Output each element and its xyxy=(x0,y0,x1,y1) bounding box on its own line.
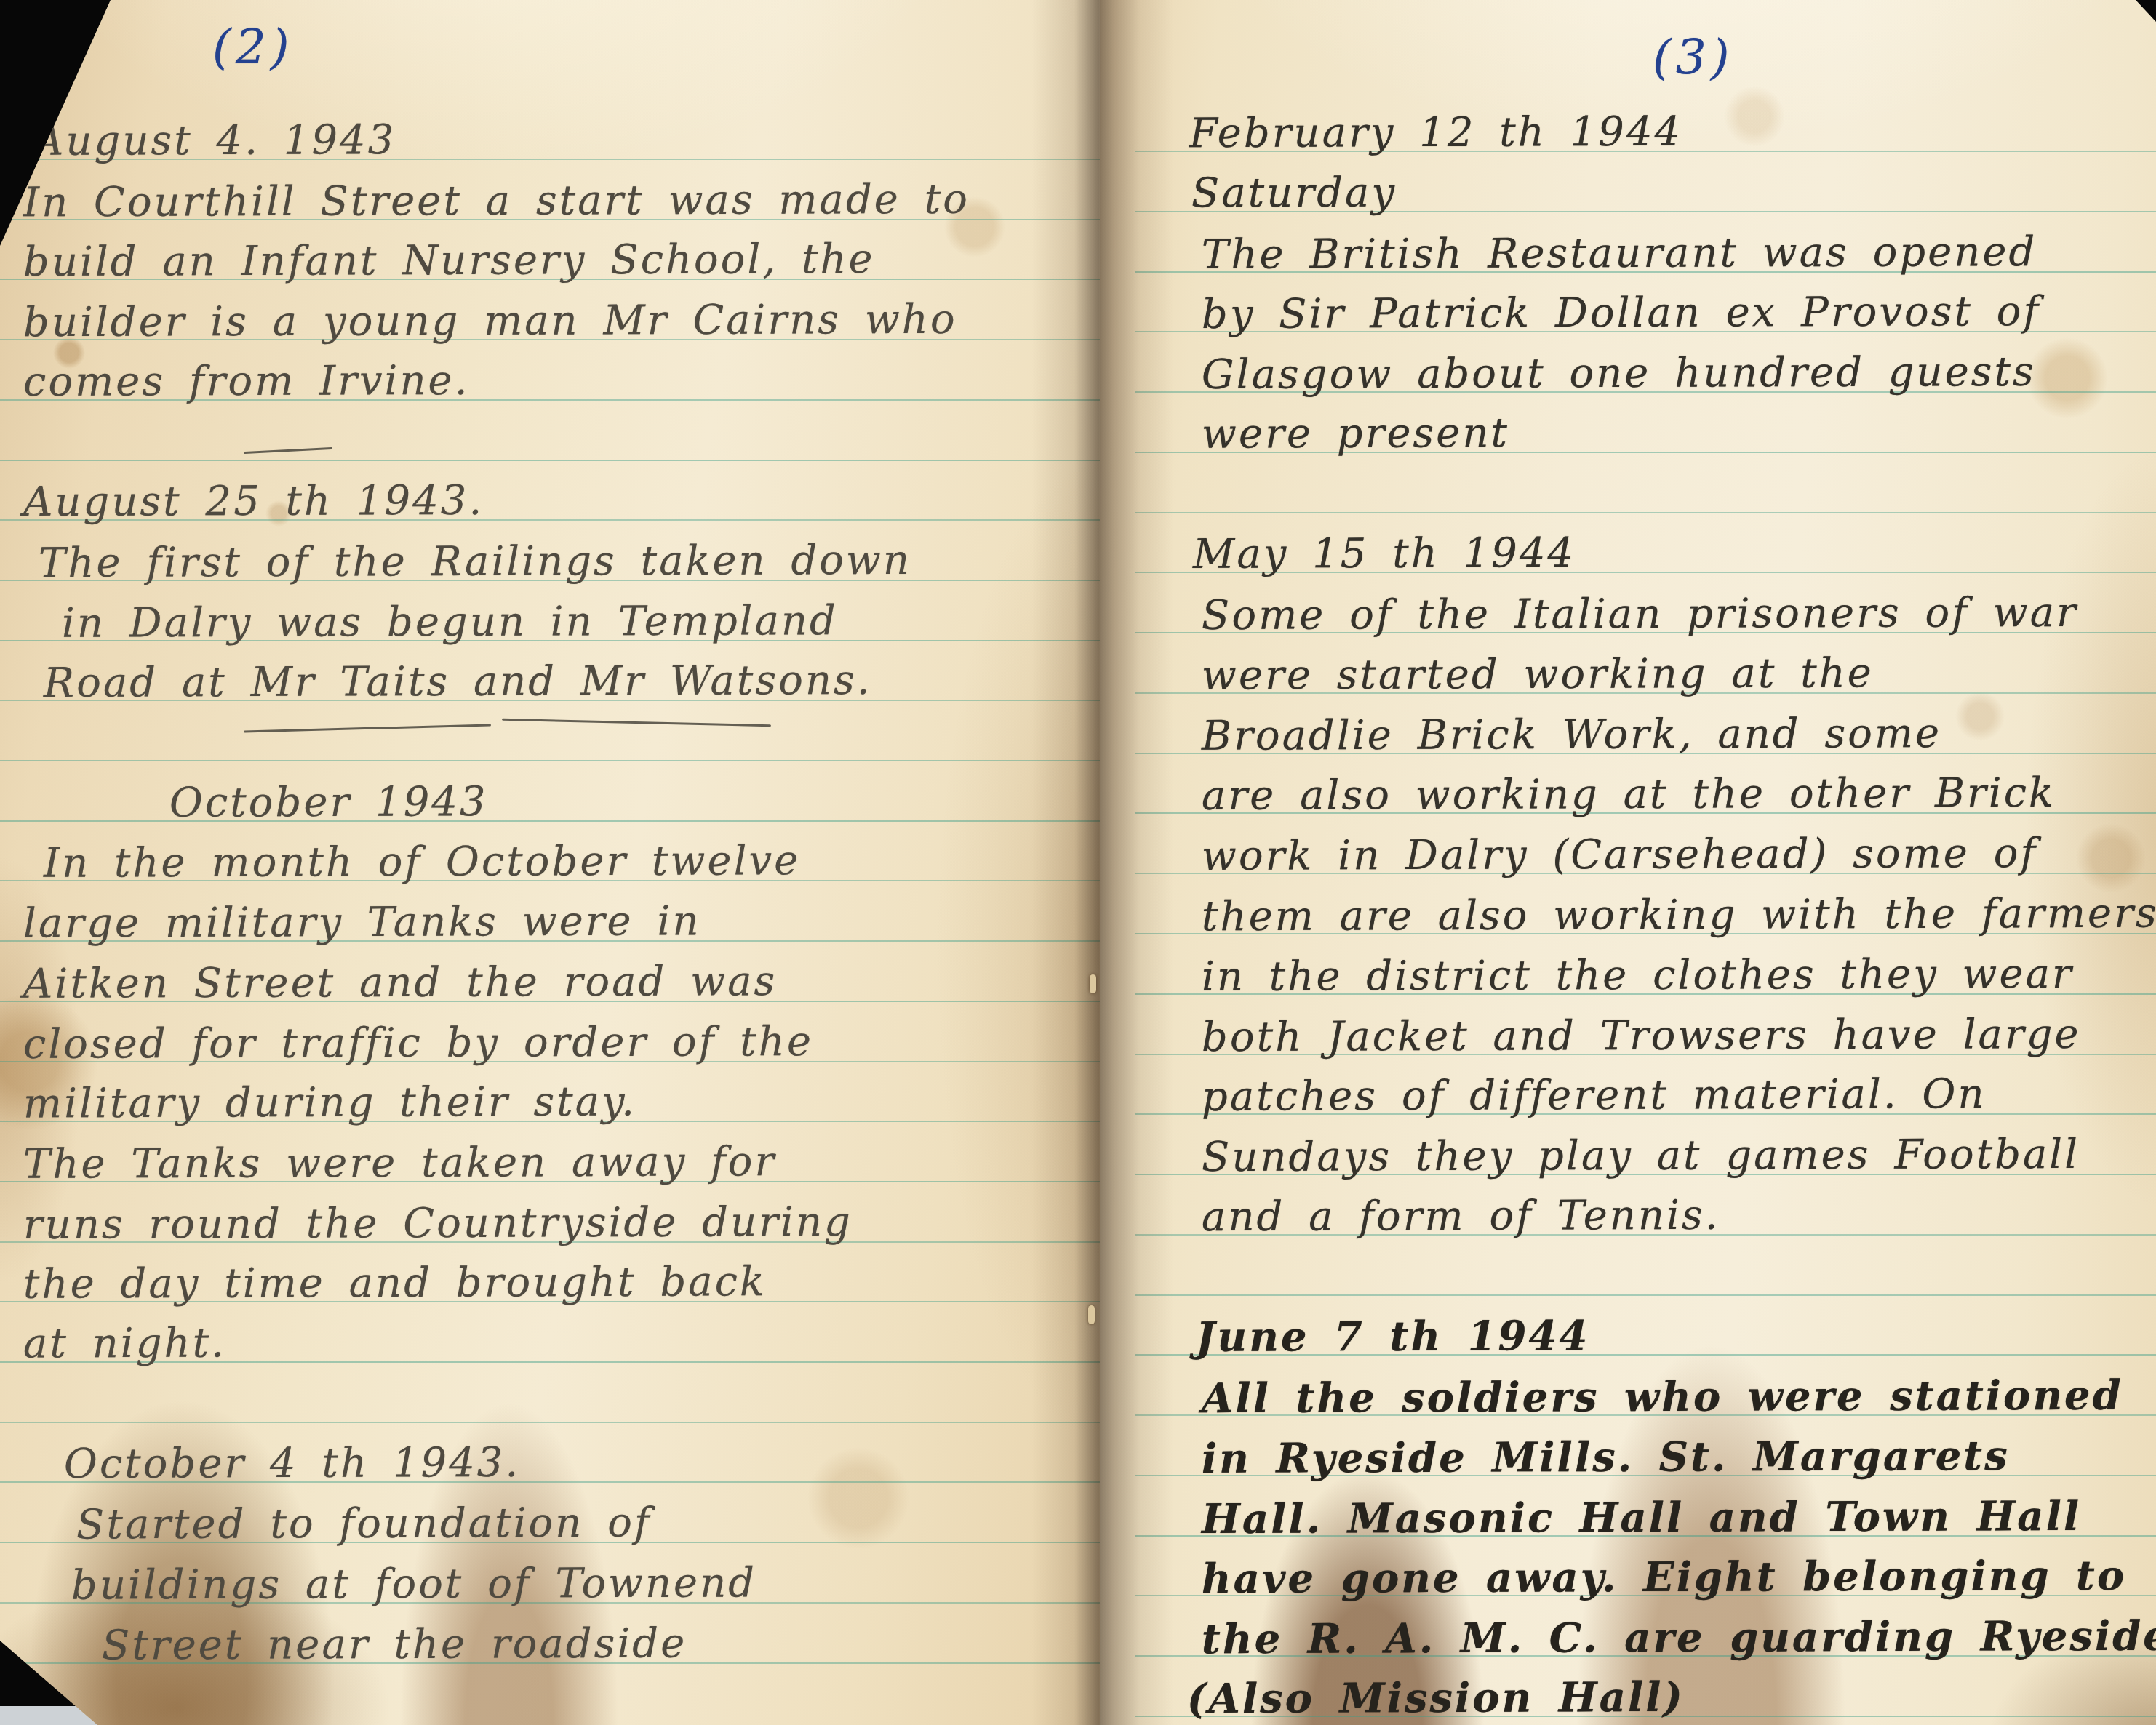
handwritten-line: military during their stay. xyxy=(23,1082,636,1125)
ruled-line xyxy=(0,460,1100,461)
handwritten-line: patches of different material. On xyxy=(1202,1074,1987,1118)
handwritten-line: in the district the clothes they wear xyxy=(1202,954,2074,998)
handwritten-line: Hall. Masonic Hall and Town Hall xyxy=(1202,1496,2081,1540)
ruled-line xyxy=(0,760,1100,761)
handwritten-line: and a form of Tennis. xyxy=(1202,1196,1720,1238)
ruled-line xyxy=(0,1422,1100,1423)
binding-stitch xyxy=(1090,974,1096,993)
entry-date-line: June 7 th 1944 xyxy=(1196,1316,1590,1358)
handwritten-line: Road at Mr Taits and Mr Watsons. xyxy=(44,660,872,704)
ruled-line xyxy=(1135,1294,2156,1296)
entry-date-line: August 25 th 1943. xyxy=(23,481,484,523)
handwritten-line: Started to foundation of xyxy=(76,1503,652,1546)
handwritten-line: are also working at the other Brick xyxy=(1202,773,2056,817)
handwritten-line: The first of the Railings taken down xyxy=(39,540,911,584)
handwritten-line: Saturday xyxy=(1191,172,1397,214)
right-page: (3) February 12 th 1944SaturdayThe Briti… xyxy=(1100,0,2156,1725)
ruled-line xyxy=(1135,512,2156,513)
handwritten-line: were started working at the xyxy=(1202,653,1874,696)
handwritten-line: Broadlie Brick Work, and some xyxy=(1202,713,1941,757)
page-number-left: (2) xyxy=(212,19,294,75)
ruled-line xyxy=(0,820,1100,822)
handwritten-line: both Jacket and Trowsers have large xyxy=(1202,1014,2081,1057)
handwritten-line: build an Infant Nursery School, the xyxy=(23,239,875,283)
handwritten-line: work in Dalry (Carsehead) some of xyxy=(1202,833,2037,877)
entry-date-line: October 1943 xyxy=(169,782,488,824)
handwritten-line: the day time and brought back xyxy=(23,1262,767,1306)
handwritten-line: large military Tanks were in xyxy=(23,901,701,944)
handwritten-line: at night. xyxy=(23,1324,226,1365)
entry-date-line: August 4. 1943 xyxy=(34,120,396,162)
diary-scan: (2) August 4. 1943In Courthill Street a … xyxy=(0,0,2156,1725)
handwritten-line: Glasgow about one hundred guests xyxy=(1202,352,2036,396)
handwritten-line: in Dalry was begun in Templand xyxy=(62,601,838,644)
entry-date-line: October 4 th 1943. xyxy=(64,1443,520,1485)
handwritten-line: buildings at foot of Townend xyxy=(71,1563,756,1606)
entry-date-line: May 15 th 1944 xyxy=(1193,533,1576,575)
handwritten-line: runs round the Countryside during xyxy=(23,1202,853,1246)
handwritten-line: were present xyxy=(1202,413,1509,455)
ink-divider xyxy=(244,447,332,454)
handwritten-line: comes from Irvine. xyxy=(23,361,470,403)
ink-divider xyxy=(502,719,771,727)
handwritten-line: Street near the roadside xyxy=(102,1623,687,1666)
page-number-right: (3) xyxy=(1653,29,1734,85)
ink-divider xyxy=(244,724,491,733)
left-page: (2) August 4. 1943In Courthill Street a … xyxy=(0,0,1100,1725)
entry-date-line: February 12 th 1944 xyxy=(1189,112,1682,154)
handwritten-line: (Also Mission Hall) xyxy=(1187,1677,1685,1719)
handwritten-line: In Courthill Street a start was made to xyxy=(23,179,970,223)
handwritten-line: closed for traffic by order of the xyxy=(23,1022,813,1065)
handwritten-line: in Ryeside Mills. St. Margarets xyxy=(1202,1436,2010,1479)
handwritten-line: by Sir Patrick Dollan ex Provost of xyxy=(1202,292,2040,335)
handwritten-line: have gone away. Eight belonging to xyxy=(1202,1556,2126,1599)
handwritten-line: Some of the Italian prisoners of war xyxy=(1202,593,2078,636)
handwritten-line: Aitken Street and the road was xyxy=(23,961,777,1005)
handwritten-line: The Tanks were taken away for xyxy=(23,1142,776,1185)
handwritten-line: The British Restaurant was opened xyxy=(1202,232,2037,276)
handwritten-line: builder is a young man Mr Cairns who xyxy=(23,300,957,343)
handwritten-line: the R. A. M. C. are guarding Ryeside xyxy=(1202,1616,2156,1660)
handwritten-line: them are also working with the farmers xyxy=(1202,894,2156,938)
handwritten-line: In the month of October twelve xyxy=(44,841,801,885)
handwritten-line: Sundays they play at games Football xyxy=(1202,1134,2080,1178)
binding-stitch xyxy=(1088,1305,1095,1324)
handwritten-line: All the soldiers who were stationed xyxy=(1202,1375,2123,1419)
